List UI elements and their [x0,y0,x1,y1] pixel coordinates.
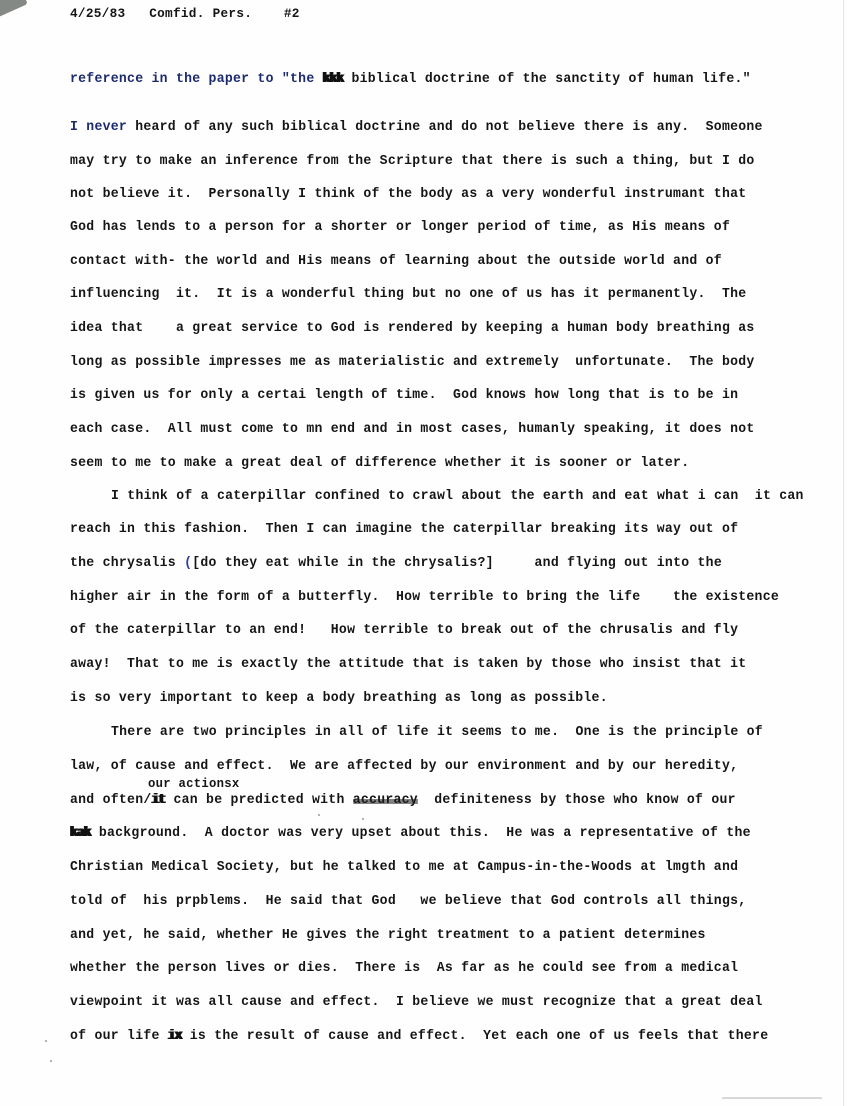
header-page-number: #2 [284,6,300,21]
text-line: influencing it. It is a wonderful thing … [70,287,746,303]
text-segment: away! That to me is exactly the attitude… [70,657,746,672]
text-segment: ( [184,556,192,571]
text-segment: I think of a caterpillar confined to cra… [111,489,804,504]
text-line: each case. All must come to mn end and i… [70,422,755,438]
scan-speck [318,814,320,816]
inserted-text: our actionsx [148,777,240,791]
page-right-edge [843,0,844,1106]
overstrike-correction: it [152,793,166,809]
text-segment: God has lends to a person for a shorter … [70,220,730,235]
text-segment: idea that a great service to God is rend… [70,321,755,336]
text-segment: influencing it. It is a wonderful thing … [70,287,746,302]
text-segment: is given us for only a certai length of … [70,388,738,403]
header-date: 4/25/83 [70,6,125,21]
text-segment: I never [70,120,127,135]
text-line: whether the person lives or dies. There … [70,961,738,977]
text-segment: [do they eat while in the chrysalis?] an… [192,556,722,571]
text-segment: background. A doctor was very upset abou… [91,826,751,841]
text-line: idea that a great service to God is rend… [70,321,755,337]
text-segment: definiteness by those who know of our [418,793,736,808]
text-line: I never heard of any such biblical doctr… [70,120,763,136]
text-line: contact with- the world and His means of… [70,254,722,270]
text-line: and yet, he said, whether He gives the r… [70,928,706,944]
text-line: long as possible impresses me as materia… [70,355,755,371]
scan-smudge [722,1097,822,1099]
text-segment: viewpoint it was all cause and effect. I… [70,995,763,1010]
overstrike-correction: ix [168,1029,182,1045]
text-line: away! That to me is exactly the attitude… [70,657,746,673]
text-segment: heard of any such biblical doctrine and … [127,120,763,135]
text-segment: may try to make an inference from the Sc… [70,154,755,169]
text-segment: whether the person lives or dies. There … [70,961,738,976]
text-line: of our life ix is the result of cause an… [70,1029,768,1045]
page-corner-shadow [0,0,28,18]
text-segment: of our life [70,1029,168,1044]
text-line: told of his prpblems. He said that God w… [70,894,746,910]
text-line: I think of a caterpillar confined to cra… [111,489,804,505]
text-line: viewpoint it was all cause and effect. I… [70,995,763,1011]
text-segment: seem to me to make a great deal of diffe… [70,456,689,471]
scan-speck [45,1040,47,1042]
text-segment: reference in the paper to "the [70,72,323,87]
text-line: higher air in the form of a butterfly. H… [70,590,779,606]
text-segment: is the result of cause and effect. Yet e… [182,1029,769,1044]
interlinear-insertion: our actionsx [148,776,240,793]
text-segment: law, of cause and effect. We are affecte… [70,759,738,774]
text-line: not believe it. Personally I think of th… [70,187,746,203]
text-segment: There are two principles in all of life … [111,725,763,740]
text-line: law, of cause and effect. We are affecte… [70,759,738,775]
struck-out-word: accuracy [353,793,418,809]
text-segment: biblical doctrine of the sanctity of hum… [343,72,750,87]
text-line: Christian Medical Society, but he talked… [70,860,738,876]
scan-speck [50,1060,52,1062]
text-line: is so very important to keep a body brea… [70,691,608,707]
text-line: kak background. A doctor was very upset … [70,826,751,842]
text-line: of the caterpillar to an end! How terrib… [70,623,738,639]
page-header: 4/25/83 Comfid. Pers. #2 [70,6,300,22]
text-segment: and yet, he said, whether He gives the r… [70,928,706,943]
text-segment: each case. All must come to mn end and i… [70,422,755,437]
overstrike-correction: kak [70,826,91,842]
text-line: God has lends to a person for a shorter … [70,220,730,236]
text-segment: and often/ [70,793,152,808]
text-segment: Christian Medical Society, but he talked… [70,860,738,875]
overstrike-correction: kkk [323,72,344,88]
text-segment: of the caterpillar to an end! How terrib… [70,623,738,638]
text-segment: the chrysalis [70,556,184,571]
text-segment: told of his prpblems. He said that God w… [70,894,746,909]
text-segment: reach in this fashion. Then I can imagin… [70,522,738,537]
text-segment: long as possible impresses me as materia… [70,355,755,370]
text-segment: contact with- the world and His means of… [70,254,722,269]
header-label: Comfid. Pers. [149,6,252,21]
text-line: and often/it can be predicted with accur… [70,793,736,809]
text-line: may try to make an inference from the Sc… [70,154,755,170]
text-segment: is so very important to keep a body brea… [70,691,608,706]
scanned-page: 4/25/83 Comfid. Pers. #2 reference in th… [0,0,848,1106]
scan-speck [362,818,364,820]
text-segment: can be predicted with [165,793,352,808]
text-segment: not believe it. Personally I think of th… [70,187,746,202]
text-line: There are two principles in all of life … [111,725,763,741]
text-segment: higher air in the form of a butterfly. H… [70,590,779,605]
text-line: reference in the paper to "the kkk bibli… [70,72,751,88]
text-line: is given us for only a certai length of … [70,388,738,404]
text-line: the chrysalis ([do they eat while in the… [70,556,722,572]
text-line: seem to me to make a great deal of diffe… [70,456,689,472]
text-line: reach in this fashion. Then I can imagin… [70,522,738,538]
